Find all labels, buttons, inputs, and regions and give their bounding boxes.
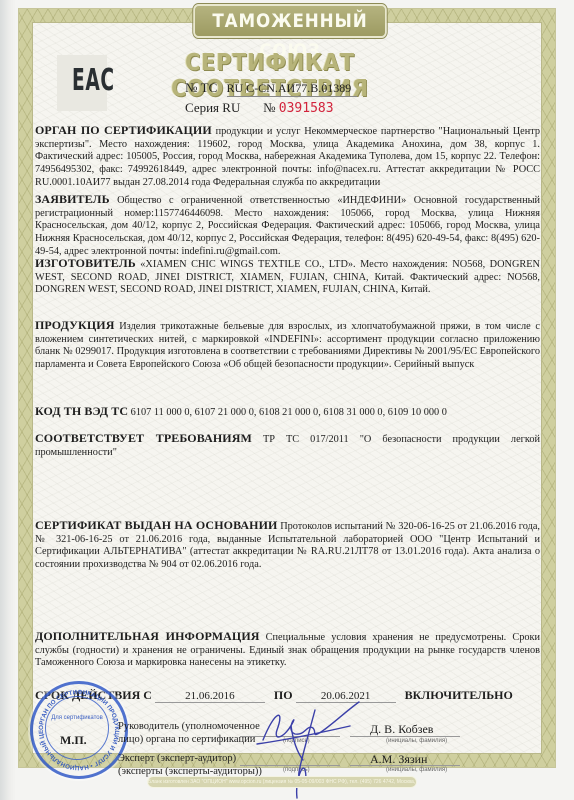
series-label: Серия RU	[185, 100, 240, 115]
section-heading: ИЗГОТОВИТЕЛЬ	[35, 256, 136, 270]
section-heading: ПРОДУКЦИЯ	[35, 318, 114, 332]
section-issue-basis: СЕРТИФИКАТ ВЫДАН НА ОСНОВАНИИ Протоколов…	[35, 519, 540, 572]
head-label-line-1: Руководитель (уполномоченное	[118, 720, 260, 733]
footer-print-info: Бланк изготовлен ЗАО "ОПЦИОН" www.opcion…	[147, 776, 417, 788]
section-manufacturer: ИЗГОТОВИТЕЛЬ «XIAMEN CHIC WINGS TEXTILE …	[35, 257, 540, 297]
stamp-center-text: Для сертификатов	[46, 715, 108, 722]
validity-date-from: 21.06.2016	[155, 690, 265, 703]
section-heading: ДОПОЛНИТЕЛЬНАЯ ИНФОРМАЦИЯ	[35, 629, 260, 643]
section-text: 6107 11 000 0, 6107 21 000 0, 6108 21 00…	[131, 407, 447, 418]
head-signatory-label: Руководитель (уполномоченное лицо) орган…	[118, 720, 260, 746]
section-heading: ЗАЯВИТЕЛЬ	[35, 192, 110, 206]
section-heading: СЕРТИФИКАТ ВЫДАН НА ОСНОВАНИИ	[35, 518, 278, 532]
head-name-caption: (инициалы, фамилия)	[386, 738, 447, 744]
section-certification-body: ОРГАН ПО СЕРТИФИКАЦИИ продукции и услуг …	[35, 124, 540, 190]
series-no-label: №	[263, 100, 275, 115]
certificate-number: № ТС RU C-CN.АИ77.В.01389	[185, 80, 357, 97]
eac-logo-icon: ЕАС	[72, 63, 115, 98]
section-heading: СООТВЕТСТВУЕТ ТРЕБОВАНИЯМ	[35, 431, 252, 445]
stamp-inner-ring: Для сертификатов	[45, 696, 109, 760]
series-number: Серия RU № 0391583	[185, 100, 334, 116]
section-heading: КОД ТН ВЭД ТС	[35, 404, 128, 418]
section-product: ПРОДУКЦИЯ Изделия трикотажные бельевые д…	[35, 319, 540, 372]
section-heading: ОРГАН ПО СЕРТИФИКАЦИИ	[35, 123, 212, 137]
expert-name-caption: (инициалы, фамилия)	[386, 767, 447, 773]
number-value: RU C-CN.АИ77.В.01389	[227, 81, 357, 97]
section-conformity: СООТВЕТСТВУЕТ ТРЕБОВАНИЯМ ТР ТС 017/2011…	[35, 432, 540, 459]
number-label: № ТС	[185, 80, 217, 95]
expert-name-line	[350, 764, 460, 766]
series-no-value: 0391583	[279, 101, 334, 116]
section-applicant: ЗАЯВИТЕЛЬ Общество с ограниченной ответс…	[35, 193, 540, 259]
section-additional-info: ДОПОЛНИТЕЛЬНАЯ ИНФОРМАЦИЯ Специальные ус…	[35, 630, 540, 670]
validity-inclusive-label: ВКЛЮЧИТЕЛЬНО	[405, 688, 513, 702]
section-text: Общество с ограниченной ответственностью…	[35, 195, 540, 257]
section-hs-code: КОД ТН ВЭД ТС 6107 11 000 0, 6107 21 000…	[35, 405, 540, 420]
customs-union-title: ТАМОЖЕННЫЙ СОЮЗ	[193, 4, 387, 38]
stamp-place-mark: М.П.	[60, 733, 87, 748]
head-name-line	[350, 735, 460, 737]
organization-stamp: ОРГАН ПО СЕРТИФИКАЦИИ ПРОДУКЦИИ И УСЛУГ …	[30, 681, 128, 779]
head-label-line-2: лицо) органа по сертификации	[118, 733, 260, 746]
